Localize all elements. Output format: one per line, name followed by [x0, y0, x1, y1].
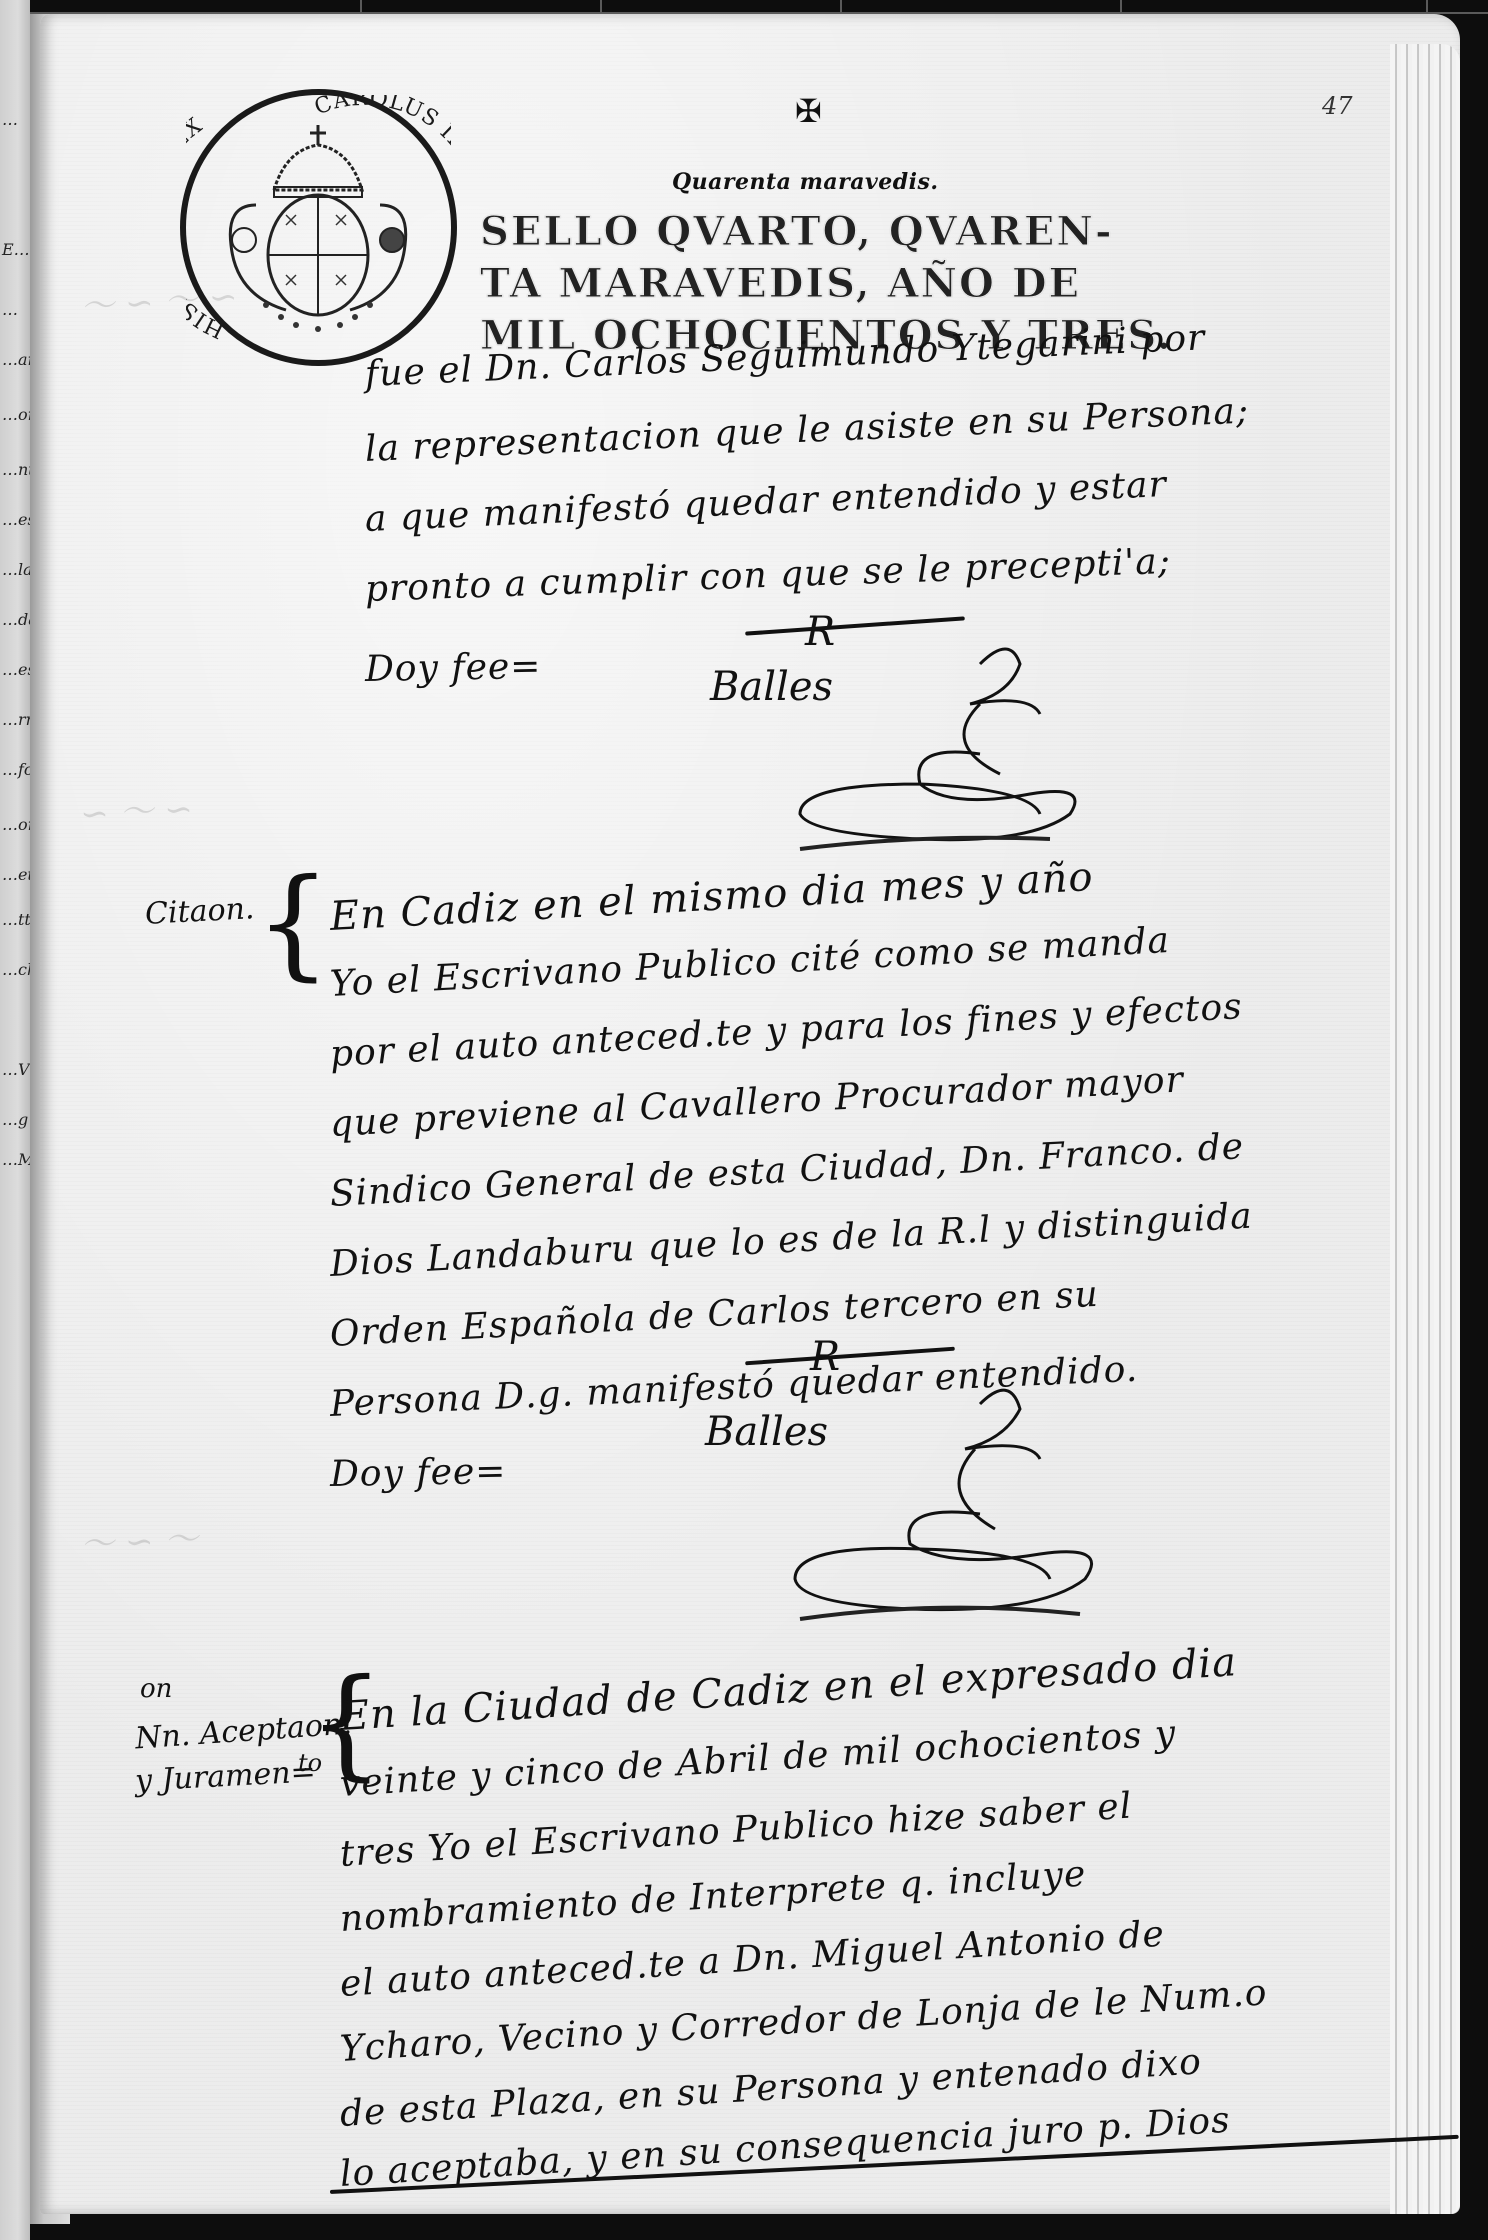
fragment-text: …la — [2, 560, 30, 579]
cross-icon: ✠ — [795, 92, 822, 130]
margin-note-juramento: y Juramen= — [134, 1754, 316, 1798]
royal-seal: HISPANIARUM REX CAROLUS IIII D. G. — [180, 89, 457, 366]
fragment-text: …an — [2, 350, 30, 369]
fragment-text: …esj — [2, 660, 30, 679]
strike-line — [745, 616, 965, 635]
entry-line: a que manifestó quedar entendido y estar — [364, 464, 1167, 540]
stamp-value-text: Quarenta maravedis. — [672, 169, 939, 195]
fragment-text: …ese — [2, 510, 30, 529]
entry-line: En Cadiz en el mismo dia mes y año — [329, 854, 1095, 940]
svg-text:CAROLUS IIII D. G.: CAROLUS IIII D. G. — [311, 95, 451, 230]
fragment-text: …ch — [2, 960, 30, 979]
fragment-text: …da — [2, 610, 30, 629]
fragment-text: E… — [2, 240, 30, 259]
entry-line: por el auto anteced.te y para los fines … — [329, 986, 1244, 1075]
fragment-text: …nte — [2, 460, 30, 479]
bleed-through-text: ∽ 〜 ∽ — [79, 781, 194, 836]
page-stack-edges — [1390, 44, 1460, 2214]
stamp-title-line: SELLO QVARTO, QVAREN- — [480, 206, 1200, 258]
fragment-text: …My — [2, 1150, 30, 1169]
fragment-text: …rr — [2, 710, 30, 729]
margin-note-citacion: Citaon. — [144, 891, 255, 932]
fragment-text: … — [2, 300, 18, 319]
entry-line: Orden Española de Carlos tercero en su — [329, 1274, 1100, 1355]
fragment-text: … — [2, 110, 18, 129]
entry-line: Doy fee= — [330, 1451, 507, 1495]
fragment-text: …g — [2, 1110, 28, 1129]
svg-text:HISPANIARUM REX: HISPANIARUM REX — [186, 113, 229, 343]
stamp-title-line: TA MARAVEDIS, AÑO DE — [480, 258, 1200, 310]
entry-line: que previene al Cavallero Procurador may… — [329, 1059, 1185, 1145]
entry-line: pronto a cumplir con que se le precepti'… — [364, 541, 1171, 610]
fragment-text: …tta — [2, 910, 30, 929]
bleed-through-text: 〜 ∽ 〜 — [79, 1511, 200, 1566]
entry-line: Doy fee= — [365, 646, 542, 690]
entry-line: la representacion que le asiste en su Pe… — [364, 390, 1250, 470]
entry-line: Dios Landaburu que lo es de la R.l y dis… — [329, 1196, 1254, 1285]
left-page-fragment: … E… … …an …on …nte …ese …la …da …esj …r… — [0, 0, 30, 2240]
brace-icon: { — [255, 864, 331, 984]
fragment-text: …fot — [2, 760, 30, 779]
folio-number: 47 — [1322, 92, 1353, 120]
fragment-text: …on — [2, 405, 30, 424]
fragment-text: …etr — [2, 865, 30, 884]
signature-flourish-icon — [740, 1374, 1120, 1634]
coat-of-arms-icon: HISPANIARUM REX CAROLUS IIII D. G. — [186, 95, 451, 360]
margin-note-superscript: on — [140, 1674, 172, 1704]
fragment-text: …on — [2, 815, 30, 834]
manuscript-page: 〜 ∽ 〜 ∽ ∽ 〜 ∽ 〜 ∽ 〜 47 HISPANIARUM REX C… — [40, 14, 1460, 2214]
fragment-text: …Vcu — [2, 1060, 30, 1079]
signature-flourish-icon — [740, 634, 1100, 864]
entry-line: Sindico General de esta Ciudad, Dn. Fran… — [329, 1126, 1245, 1215]
